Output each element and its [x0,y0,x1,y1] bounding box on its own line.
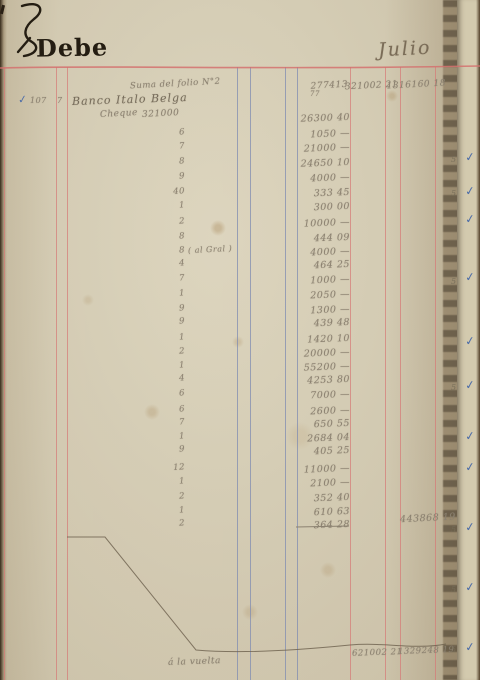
entry-amount: 24650 10 [290,157,350,170]
margin-note-a: 107 [30,96,47,105]
audit-checkmark: ✓ [464,459,476,474]
pencil-tick: 5 [451,155,456,164]
entry-amount: 1000 — [290,274,350,287]
entry-ref: 1 [163,431,186,443]
account-name: Banco Italo Belga [72,91,188,108]
entry-ref: 6 [163,127,186,139]
entry-ref: 4 [163,258,186,270]
entry-ref: 9 [163,444,186,456]
suma-folio-label: Suma del folio N°2 [130,77,221,92]
audit-checkmark: ✓ [464,377,476,392]
ruling-blue-3 [285,67,286,680]
closing-diagonal-line [67,537,446,652]
entry-amount: 444 09 [290,232,350,245]
entry-ref: 1 [163,332,186,344]
entry-amount: 1050 — [290,128,350,141]
entry-ref: 1 [163,505,186,517]
entry-amount: 4253 80 [290,374,350,387]
audit-checkmark: ✓ [464,333,476,348]
entry-ref: 8 [163,231,186,243]
entry-amount: 333 45 [290,187,350,200]
entry-ref: 6 [163,404,186,416]
entry-amount: 10000 — [290,217,350,230]
entry-amount: 4000 — [290,172,350,185]
entry-amount: 2684 04 [290,432,350,445]
closing-total-2: 1329248 19 [398,645,452,657]
pencil-tick: 5 [451,383,456,392]
margin-note-b: 7 [57,96,63,105]
entry-amount: 11000 — [290,463,350,476]
entry-ref: 12 [163,462,186,474]
pencil-tick: 5 [451,189,456,198]
entry-ref: 6 [163,388,186,400]
audit-checkmark: ✓ [464,183,476,198]
entry-ref: 1 [163,288,186,300]
entry-ref: 40 [163,186,186,198]
ruling-pink-4 [385,67,386,680]
audit-checkmark: ✓ [464,639,476,654]
entry-ref: 2 [163,518,186,530]
entry-amount: 364 28 [290,519,350,532]
entry-ref: 7 [163,141,186,153]
entry-ref: 7 [163,273,186,285]
entry-ref: 9 [163,316,186,328]
entry-ref: 9 [163,171,186,183]
suma-amount: 277413 [300,80,348,92]
entry-amount: 1300 — [290,304,350,317]
ruling-blue-2 [250,67,251,680]
entry-ref: 1 [163,200,186,212]
suma-sub-note: 77 [310,90,320,98]
margin-checkmark: ✓ [17,92,28,106]
entry-amount: 2050 — [290,289,350,302]
audit-checkmark: ✓ [464,428,476,443]
entry-ref: 8 [163,245,186,257]
entry-ref: 2 [163,491,186,503]
account-detail: Cheque [100,108,138,120]
page-title: Debe [36,32,109,62]
closing-total-1: 621002 21 [352,647,398,659]
ruling-pink-5 [400,67,401,680]
entry-ref: 8 [163,156,186,168]
audit-checkmark: ✓ [464,211,476,226]
pencil-tick: 5 [451,277,456,286]
entry-amount: 55200 — [290,361,350,374]
entry-amount: 610 63 [290,506,350,519]
entry-amount: 20000 — [290,347,350,360]
entry-inline-note: ( al Gral ) [188,244,233,255]
entry-ref: 1 [163,476,186,488]
month-label: Julio [377,37,432,62]
audit-checkmark: ✓ [464,519,476,534]
carry-forward-note: á la vuelta [168,656,221,668]
account-number: 321000 [142,108,180,120]
audit-checkmark: ✓ [464,269,476,284]
header-rule-line [0,66,480,68]
entry-ref: 9 [163,303,186,315]
entry-amount: 7000 — [290,389,350,402]
ruling-pink-3 [350,67,351,680]
entry-ref: 7 [163,417,186,429]
entry-ref: 2 [163,216,186,228]
next-page-outer-edge [476,0,480,680]
pencil-tick: 5 [451,585,456,594]
entry-amount: 2100 — [290,477,350,490]
binding-gutter [443,0,458,680]
entry-amount: 405 25 [290,445,350,458]
pencil-tick: 5 [451,645,456,654]
ruling-pink-2 [67,67,68,680]
pencil-tick: 5 [451,525,456,534]
entry-amount: 439 48 [290,317,350,330]
entry-amount: 650 55 [290,418,350,431]
ruling-pink-6 [435,67,436,680]
entry-amount: 2600 — [290,405,350,418]
entry-amount: 464 25 [290,259,350,272]
ruling-pink-margin [4,67,5,680]
entry-ref: 1 [163,360,186,372]
entry-amount: 300 00 [290,201,350,214]
entry-ref: 2 [163,346,186,358]
audit-checkmark: ✓ [464,579,476,594]
ledger-page: Debe Julio Suma del folio N°2 277413 77 … [0,0,480,680]
audit-checkmark: ✓ [464,149,476,164]
entry-amount: 4000 — [290,246,350,259]
suma-total-2: 1316160 18 [386,78,446,91]
ruling-blue-1 [237,67,238,680]
ruling-pink-1 [56,67,57,680]
entry-amount: 21000 — [290,142,350,155]
entry-amount: 26300 40 [290,112,350,125]
entry-amount: 352 40 [290,492,350,505]
entry-amount: 1420 10 [290,333,350,346]
entry-ref: 4 [163,373,186,385]
